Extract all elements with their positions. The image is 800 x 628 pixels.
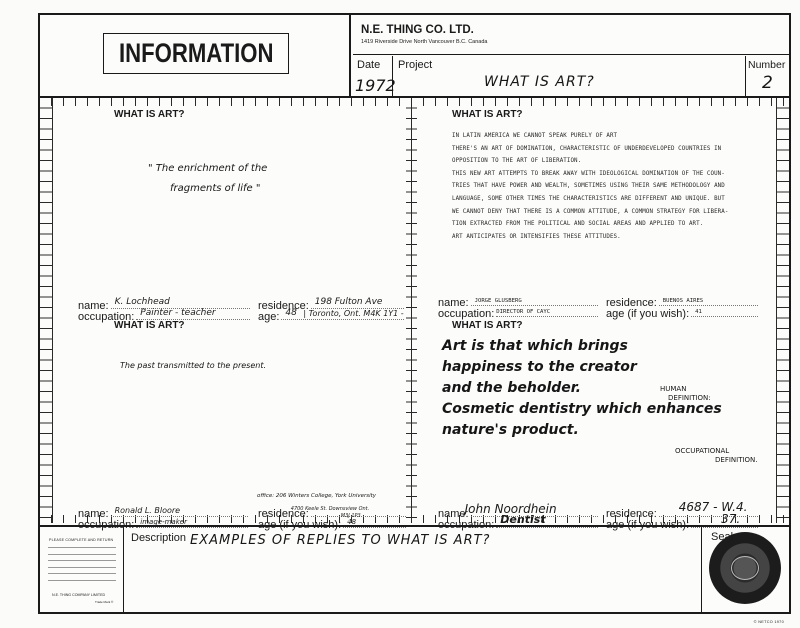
residence-note: office: 206 Winters College, York Univer… <box>257 492 407 500</box>
form-title: INFORMATION <box>119 38 274 69</box>
project-value[interactable]: WHAT IS ART? <box>484 74 595 90</box>
description-label: Description <box>131 532 186 544</box>
occupation-value: DIRECTOR OF CAYC <box>496 309 550 315</box>
annotation-occupational-definition: OCCUPATIONAL DEFINITION. <box>675 447 758 465</box>
age-label: age (if you wish): <box>606 308 689 320</box>
return-line <box>48 573 116 574</box>
date-value[interactable]: 1972 <box>355 76 396 95</box>
age-field: age (if you wish): 41 <box>606 305 758 320</box>
answer-line: THERE'S AN ART OF DOMINATION, CHARACTERI… <box>452 143 728 156</box>
answer-line: nature's product. <box>442 420 722 441</box>
age-value: 41 <box>695 309 702 315</box>
answer-line: Art is that which brings <box>442 336 722 357</box>
age-field: age: 48 | Toronto, Ont. M4K 1Y1 - <box>258 308 404 323</box>
return-line <box>48 547 116 548</box>
occupation-field: occupation: DIRECTOR OF CAYC <box>438 305 598 320</box>
occupation-label: occupation: <box>438 308 494 320</box>
question-heading: WHAT IS ART? <box>114 109 185 120</box>
ruler-right <box>776 98 789 523</box>
answer-line: IN LATIN AMERICA WE CANNOT SPEAK PURELY … <box>452 130 728 143</box>
copyright: © NETCO 1970 <box>754 620 784 624</box>
return-box: PLEASE COMPLETE AND RETURN N.E. THING CO… <box>40 527 124 614</box>
return-company: N.E. THING COMPANY LIMITED <box>52 593 105 597</box>
question-heading: WHAT IS ART? <box>114 320 185 331</box>
answer-line[interactable]: The past transmitted to the present. <box>120 355 266 377</box>
annotation-line: DEFINITION. <box>675 456 758 465</box>
question-heading: WHAT IS ART? <box>452 320 523 331</box>
residence-extra: | Toronto, Ont. M4K 1Y1 - <box>303 309 403 318</box>
return-line <box>48 567 116 568</box>
residence-value: 198 Fulton Ave <box>315 297 383 307</box>
residence-value: 4700 Keele St. Downsview Ont. <box>291 506 369 512</box>
age-value-field[interactable]: 48 | Toronto, Ont. M4K 1Y1 - <box>281 308 404 320</box>
company-address: 1419 Riverside Drive North Vancouver B.C… <box>361 39 487 45</box>
seal-box: Seal <box>703 527 789 614</box>
center-divider <box>411 98 412 523</box>
occupation-value-field[interactable]: DIRECTOR OF CAYC <box>496 305 598 317</box>
date-cell: Date 1972 <box>353 56 393 96</box>
residence-note-line: office: 206 Winters College, York Univer… <box>257 492 407 500</box>
answer-line: ART ANTICIPATES OR INTENSIFIES THESE ATT… <box>452 231 728 244</box>
description-value[interactable]: EXAMPLES OF REPLIES TO WHAT IS ART? <box>190 533 490 548</box>
age-label: age: <box>258 311 279 323</box>
annotation-line: HUMAN <box>652 385 711 394</box>
question-heading: WHAT IS ART? <box>452 109 523 120</box>
name-value: JORGE GLUSBERG <box>475 298 522 304</box>
form-footer: PLEASE COMPLETE AND RETURN N.E. THING CO… <box>40 525 789 612</box>
number-value[interactable]: 2 <box>762 73 773 93</box>
date-label: Date <box>357 59 380 71</box>
form-header: INFORMATION N.E. THING CO. LTD. 1419 Riv… <box>40 15 789 98</box>
number-cell: Number 2 <box>747 56 789 96</box>
description-box: Description EXAMPLES OF REPLIES TO WHAT … <box>125 527 702 614</box>
return-instructions: PLEASE COMPLETE AND RETURN <box>49 538 113 542</box>
return-line <box>48 554 116 555</box>
typed-answer[interactable]: IN LATIN AMERICA WE CANNOT SPEAK PURELY … <box>452 130 728 243</box>
annotation-line: DEFINITION: <box>652 394 711 403</box>
residence-value: BUENOS AIRES <box>663 298 703 304</box>
annotation-line: OCCUPATIONAL <box>675 447 758 456</box>
seal-inner-ring <box>731 556 759 580</box>
number-label: Number <box>748 59 785 71</box>
information-title-box: INFORMATION <box>103 33 289 74</box>
answer-line: TION EXTRACTED FROM THE POLITICAL AND SO… <box>452 218 728 231</box>
company-name: N.E. THING CO. LTD. <box>361 24 474 36</box>
annotation-human-definition: HUMAN DEFINITION: <box>652 385 711 403</box>
answer-line: OPPOSITION TO THE ART OF LIBERATION. <box>452 155 728 168</box>
age-value-field[interactable]: 41 <box>691 305 758 317</box>
answer-line: LANGUAGE, SOME OTHER TIMES THE CHARACTER… <box>452 193 728 206</box>
answer-line[interactable]: " The enrichment of the <box>148 158 267 180</box>
name-value: K. Lochhead <box>115 297 170 307</box>
answer-line[interactable]: fragments of life " <box>170 178 260 200</box>
seal-label: Seal <box>711 531 733 543</box>
answer-line: WE CANNOT DENY THAT THERE IS A COMMON AT… <box>452 206 728 219</box>
main-grid: WHAT IS ART? " The enrichment of the fra… <box>40 98 789 523</box>
occupation-value: Painter - teacher <box>140 308 215 318</box>
title-area: INFORMATION <box>40 15 351 96</box>
project-label: Project <box>398 59 432 71</box>
answer-line: happiness to the creator <box>442 357 722 378</box>
company-block: N.E. THING CO. LTD. 1419 Riverside Drive… <box>353 15 789 55</box>
answer-line: TRIES THAT HAVE POWER AND WEALTH, SOMETI… <box>452 180 728 193</box>
ruler-left <box>40 98 53 523</box>
trademark: Trade Mark ® <box>95 600 113 604</box>
age-value: 48 <box>285 308 296 318</box>
occupation-value-field[interactable]: Painter - teacher <box>136 308 250 320</box>
name-value: Ronald L. Bloore <box>115 506 181 515</box>
return-line <box>48 580 116 581</box>
answer-line: THIS NEW ART ATTEMPTS TO BREAK AWAY WITH… <box>452 168 728 181</box>
age-value: 37. <box>721 512 740 526</box>
information-form: INFORMATION N.E. THING CO. LTD. 1419 Riv… <box>38 13 791 614</box>
return-line <box>48 560 116 561</box>
project-cell: Project WHAT IS ART? <box>394 56 746 96</box>
